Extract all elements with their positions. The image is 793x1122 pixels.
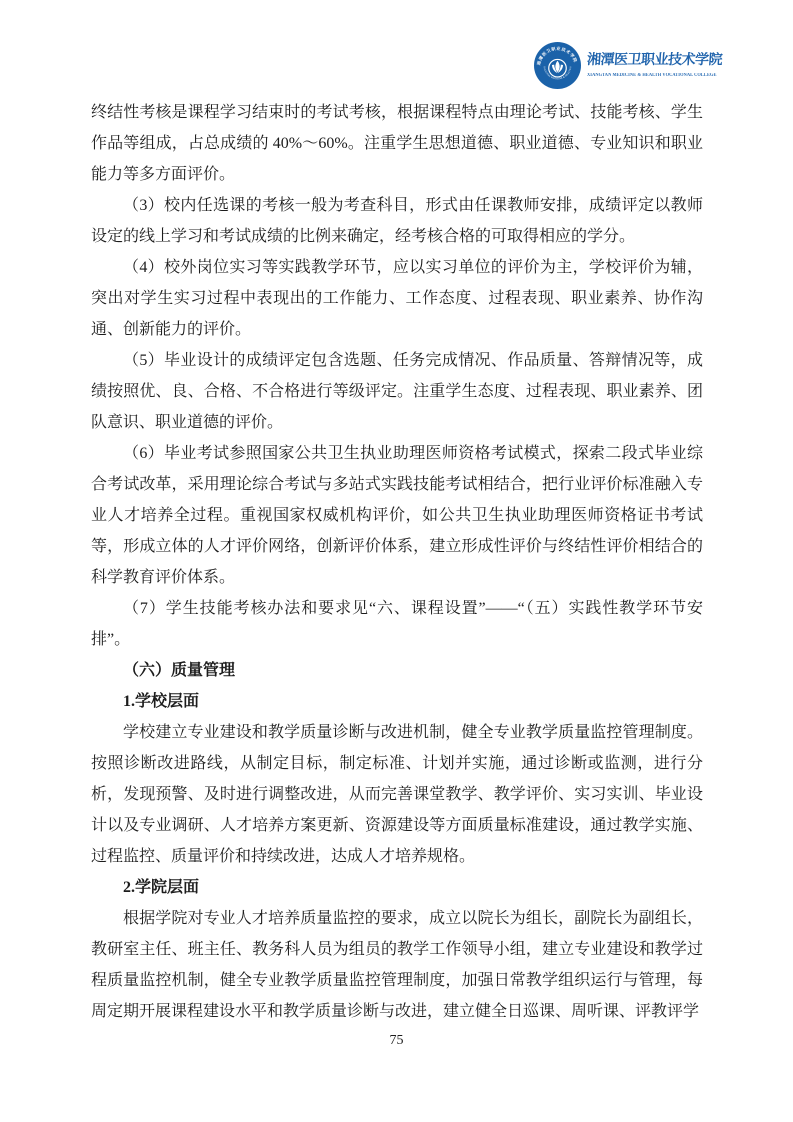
page-body: 终结性考核是课程学习结束时的考试考核，根据课程特点由理论考试、技能考核、学生作品… xyxy=(91,97,703,1027)
heading-quality-management: （六）质量管理 xyxy=(91,655,703,686)
college-name-block: 湘潭医卫职业技术学院 XIANGTAN MEDICINE & HEALTH VO… xyxy=(587,52,734,79)
page-number: 75 xyxy=(390,1033,404,1048)
paragraph-item-6: （6）毕业考试参照国家公共卫生执业助理医师资格考试模式，探索二段式毕业综合考试改… xyxy=(91,438,703,593)
paragraph-item-5: （5）毕业设计的成绩评定包含选题、任务完成情况、作品质量、答辩情况等，成绩按照优… xyxy=(91,345,703,438)
paragraph-college-level: 根据学院对专业人才培养质量监控的要求，成立以院长为组长，副院长为副组长，教研室主… xyxy=(91,903,703,1027)
heading-college-level: 2.学院层面 xyxy=(91,872,703,903)
paragraph-summative-assessment: 终结性考核是课程学习结束时的考试考核，根据课程特点由理论考试、技能考核、学生作品… xyxy=(91,97,703,190)
college-name-zh: 湘潭医卫职业技术学院 xyxy=(586,52,734,70)
paragraph-item-7: （7）学生技能考核办法和要求见“六、课程设置”——“（五）实践性教学环节安排”。 xyxy=(91,593,703,655)
paragraph-item-3: （3）校内任选课的考核一般为考查科目，形式由任课教师安排，成绩评定以教师设定的线… xyxy=(91,190,703,252)
paragraph-school-level: 学校建立专业建设和教学质量诊断与改进机制，健全专业教学质量监控管理制度。按照诊断… xyxy=(91,717,703,872)
document-page: 湘潭医卫职业技术学院 XIANGTAN MEDICINE & HEALTH VO… xyxy=(0,0,793,1122)
heading-school-level: 1.学校层面 xyxy=(91,686,703,717)
college-name-en: XIANGTAN MEDICINE & HEALTH VOCATIONAL CO… xyxy=(587,72,716,79)
paragraph-item-4: （4）校外岗位实习等实践教学环节，应以实习单位的评价为主，学校评价为辅，突出对学… xyxy=(91,252,703,345)
page-footer: 75 xyxy=(0,1031,793,1049)
college-logo: 湘潭医卫职业技术学院 XIANGTAN MEDICINE & HEALTH VO… xyxy=(534,42,734,89)
college-seal-icon: 湘潭医卫职业技术学院 XIANGTAN MEDICINE & HEALTH VO… xyxy=(534,42,581,89)
